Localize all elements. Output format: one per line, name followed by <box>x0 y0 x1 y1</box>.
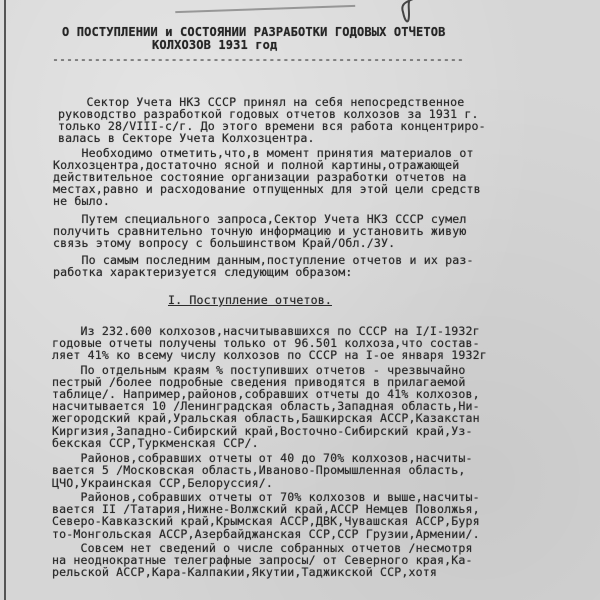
title-divider: ----------------------------------------… <box>52 53 464 65</box>
document-title-line1: О ПОСТУПЛЕНИИ и СОСТОЯНИИ РАЗРАБОТКИ ГОД… <box>62 26 445 38</box>
body-line: связь этому вопросу с большинством Край/… <box>53 237 395 249</box>
top-stamp-mark <box>175 0 355 13</box>
scanned-document-page: О ПОСТУПЛЕНИИ и СОСТОЯНИИ РАЗРАБОТКИ ГОД… <box>0 0 600 600</box>
body-line: валась в Секторе Учета Колхозцентра. <box>58 132 315 144</box>
section-line: вается 5 /Московская область,Иваново-Про… <box>52 464 466 476</box>
document-title-line2: КОЛХОЗОВ 1931 год <box>152 39 277 51</box>
body-line: местах,равно и расходование отпущенных д… <box>53 183 481 195</box>
section-line: Северо-Кавказский край,Крымская АССР,ДВК… <box>52 515 480 527</box>
section-line: бекская ССР,Туркменская ССР/. <box>52 437 259 449</box>
body-line: работка характеризуется следующим образо… <box>53 266 352 278</box>
section-line: то-Монгольская АССР,Азербайджанская ССР,… <box>52 528 480 540</box>
section-heading: I. Поступление отчетов. <box>168 294 332 306</box>
body-line: не было. <box>53 195 110 207</box>
section-line: ЦЧО,Украинская ССР,Белоруссия/. <box>52 477 273 489</box>
page-edge-rule <box>4 0 6 600</box>
section-line: ляет 41% ко всему числу колхозов по СССР… <box>52 349 487 361</box>
section-line: рельской АССР,Кара-Калпакии,Якутии,Таджи… <box>52 566 437 578</box>
section-line: жегородский край,Уральская область,Башки… <box>52 412 480 424</box>
